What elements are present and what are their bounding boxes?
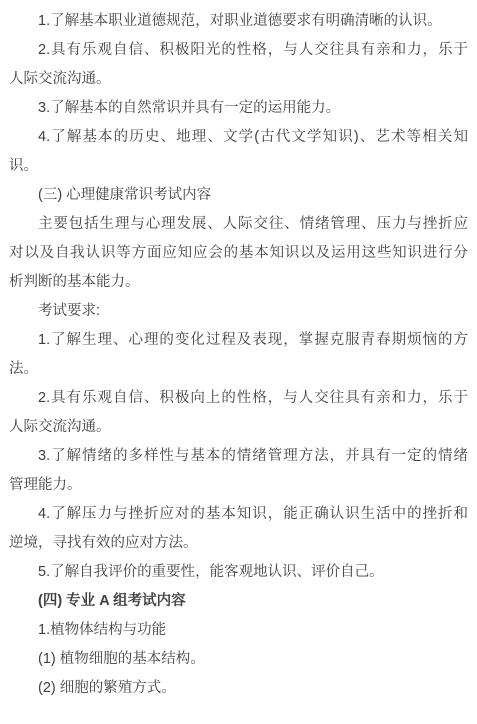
text-line: 逆境，寻找有效的应对方法。 (9, 529, 468, 558)
text-line: 1.植物体结构与功能 (9, 616, 468, 645)
text-line: 3.了解情绪的多样性与基本的情绪管理方法，并具有一定的情绪 (9, 442, 468, 471)
text-line: 2.具有乐观自信、积极向上的性格，与人交往具有亲和力，乐于 (9, 384, 468, 413)
text-line: 法。 (9, 355, 468, 384)
text-line: 考试要求: (9, 297, 468, 326)
text-line: (1) 植物细胞的基本结构。 (9, 645, 468, 674)
text-line: 识。 (9, 152, 468, 181)
text-line: 主要包括生理与心理发展、人际交往、情绪管理、压力与挫折应 (9, 210, 468, 239)
text-line: 管理能力。 (9, 471, 468, 500)
text-line: 析判断的基本能力。 (9, 268, 468, 297)
section-heading-4: (四) 专业 A 组考试内容 (9, 587, 468, 616)
text-line: 人际交流沟通。 (9, 65, 468, 94)
text-line: 4.了解压力与挫折应对的基本知识，能正确认识生活中的挫折和 (9, 500, 468, 529)
text-line: 对以及自我认识等方面应知应会的基本知识以及运用这些知识进行分 (9, 239, 468, 268)
text-line: 1.了解基本职业道德规范，对职业道德要求有明确清晰的认识。 (9, 7, 468, 36)
text-line: 4.了解基本的历史、地理、文学(古代文学知识)、艺术等相关知 (9, 123, 468, 152)
text-line: 2.具有乐观自信、积极阳光的性格，与人交往具有亲和力，乐于 (9, 36, 468, 65)
document-page: 1.了解基本职业道德规范，对职业道德要求有明确清晰的认识。 2.具有乐观自信、积… (0, 0, 477, 724)
text-line: 5.了解自我评价的重要性，能客观地认识、评价自己。 (9, 558, 468, 587)
text-line: 1.了解生理、心理的变化过程及表现，掌握克服青春期烦恼的方 (9, 326, 468, 355)
text-line: (2) 细胞的繁殖方式。 (9, 674, 468, 703)
text-line: 人际交流沟通。 (9, 413, 468, 442)
section-heading-3: (三) 心理健康常识考试内容 (9, 181, 468, 210)
text-line: 3.了解基本的自然常识并具有一定的运用能力。 (9, 94, 468, 123)
